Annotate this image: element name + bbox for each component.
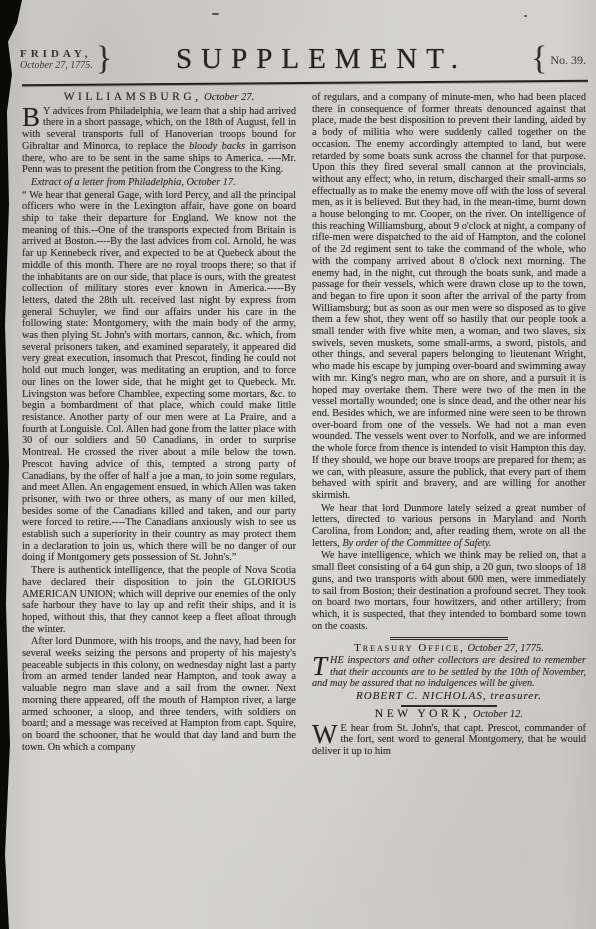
dropcap-letter: T	[312, 655, 330, 677]
paper-speck	[524, 15, 527, 17]
paragraph: There is authentick intelligence, that t…	[22, 565, 296, 635]
paragraph: of regulars, and a company of minute-men…	[312, 92, 586, 502]
masthead-rule	[22, 80, 588, 86]
dateline-city: NEW YORK,	[375, 708, 470, 720]
brace-open-glyph: {	[528, 42, 550, 76]
page-title: SUPPLEMENT.	[115, 43, 528, 76]
masthead: FRIDAY, October 27, 1775. } SUPPLEMENT. …	[20, 38, 586, 80]
paragraph: “ We hear that general Gage, with lord P…	[22, 190, 296, 565]
dateline-newyork: NEW YORK, October 12.	[312, 709, 586, 721]
treasury-office-heading: Treasury Office, October 27, 1775.	[312, 643, 586, 655]
brace-close-glyph: }	[93, 42, 115, 76]
masthead-date: October 27, 1775.	[20, 60, 93, 71]
page-columns: WILLIAMSBURG, October 27. BY advices fro…	[22, 92, 586, 897]
paragraph: BY advices from Philadelphia, we learn t…	[22, 106, 296, 176]
paragraph: We have intelligence, which we think may…	[312, 550, 586, 632]
dropcap-letter: W	[312, 723, 340, 745]
treasury-notice: THE inspectors and other collectors are …	[312, 655, 586, 690]
column-right: of regulars, and a company of minute-men…	[312, 92, 586, 897]
issue-number: No. 39.	[550, 51, 586, 68]
signature-role: treasurer.	[487, 690, 542, 702]
section-divider-rule	[401, 705, 497, 707]
paragraph: WE hear from St. John's, that capt. Pres…	[312, 723, 586, 758]
paragraph-text: E hear from St. John's, that capt. Presc…	[312, 723, 586, 757]
signature-name: ROBERT C. NICHOLAS,	[356, 690, 487, 702]
dateline-date: October 27.	[204, 92, 254, 103]
paragraph: After lord Dunmore, with his troops, and…	[22, 636, 296, 753]
extract-caption: Extract of a letter from Philadelphia, O…	[22, 177, 296, 189]
section-divider-rule	[390, 637, 508, 640]
dateline-williamsburg: WILLIAMSBURG, October 27.	[22, 92, 296, 104]
paper-speck	[212, 13, 219, 15]
dropcap-letter: B	[22, 106, 43, 128]
paragraph: We hear that lord Dunmore lately seized …	[312, 503, 586, 550]
dateline-date: October 12.	[473, 709, 523, 720]
dateline-city: WILLIAMSBURG,	[64, 92, 202, 103]
emphasized-phrase: By order of the Committee of Safety.	[342, 538, 491, 549]
treasurer-signature: ROBERT C. NICHOLAS, treasurer.	[312, 691, 586, 703]
masthead-dateline: FRIDAY, October 27, 1775.	[20, 48, 93, 71]
treasury-office-date: October 27, 1775.	[468, 643, 544, 654]
masthead-day: FRIDAY,	[20, 48, 93, 60]
column-left: WILLIAMSBURG, October 27. BY advices fro…	[22, 92, 296, 897]
paragraph-text: HE inspectors and other collectors are d…	[312, 655, 586, 689]
treasury-office-name: Treasury Office,	[354, 642, 465, 654]
emphasized-phrase: bloody backs	[189, 141, 245, 152]
